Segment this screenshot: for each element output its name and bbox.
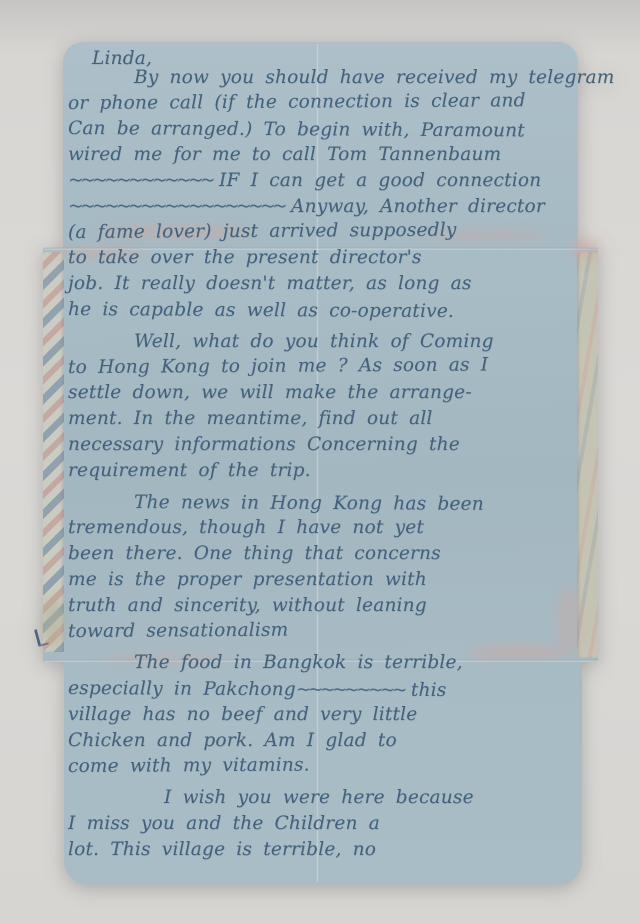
letter-line: or phone call (if the connection is clea… — [68, 87, 582, 116]
letter-line: The news in Hong Kong has been — [134, 490, 582, 518]
letter-line: ment. In the meantime, find out all — [68, 406, 582, 432]
handwritten-text: village has no beef and very little — [68, 704, 417, 725]
handwritten-text: he is capable as well as co-operative. — [68, 299, 454, 322]
handwritten-text: job. It really doesn't matter, as long a… — [68, 273, 472, 294]
handwritten-text: toward sensationalism — [68, 619, 289, 641]
letter-line: (a fame lover) just arrived supposedly — [68, 216, 582, 245]
handwritten-text: wired me for me to call Tom Tannenbaum — [68, 144, 501, 165]
letter-line: requirement of the trip. — [68, 458, 582, 484]
handwritten-text: Can be arranged.) To begin with, Paramou… — [68, 118, 525, 141]
handwritten-text: The food in Bangkok is terrible, — [134, 652, 463, 673]
letter-line: tremendous, though I have not yet — [68, 515, 582, 541]
handwritten-text: to Hong Kong to join me ? As soon as I — [68, 354, 488, 378]
handwritten-text: (a fame lover) just arrived supposedly — [68, 219, 457, 242]
scratched-out-scribble: ~~~~~~~~~~~~ — [68, 170, 212, 191]
letter-line: toward sensationalism — [68, 615, 582, 644]
handwritten-text: Chicken and pork. Am I glad to — [68, 730, 397, 751]
handwritten-text: been there. One thing that concerns — [68, 543, 441, 564]
letter-line: By now you should have received my teleg… — [134, 65, 582, 91]
handwritten-text: come with my vitamins. — [68, 754, 310, 776]
letter-line: I wish you were here because — [164, 785, 582, 811]
letter-line: been there. One thing that concerns — [68, 541, 582, 567]
handwritten-text: I wish you were here because — [164, 787, 474, 808]
handwritten-text: Anyway, Another director — [291, 196, 545, 217]
letter-line: job. It really doesn't matter, as long a… — [68, 271, 582, 297]
letter-line: Well, what do you think of Coming — [134, 329, 582, 355]
handwritten-text: IF I can get a good connection — [219, 170, 541, 191]
photo-background: Linda,By now you should have received my… — [0, 0, 640, 923]
handwritten-text: truth and sincerity, without leaning — [68, 595, 427, 616]
handwritten-text: necessary informations Concerning the — [68, 434, 460, 455]
handwritten-text: settle down, we will make the arrange- — [68, 382, 472, 403]
letter-line: me is the proper presentation with — [68, 567, 582, 593]
letter-line: lot. This village is terrible, no — [68, 837, 582, 863]
scratched-out-scribble: ~~~~~~~~~ — [296, 679, 404, 701]
letter-line: The food in Bangkok is terrible, — [134, 650, 582, 676]
handwritten-text: especially in Pakchong — [68, 678, 296, 700]
handwritten-text: I miss you and the Children a — [68, 813, 380, 834]
handwritten-text: lot. This village is terrible, no — [68, 839, 376, 860]
letter-line: wired me for me to call Tom Tannenbaum — [68, 142, 582, 168]
handwritten-text: or phone call (if the connection is clea… — [68, 90, 526, 114]
letter-line: I miss you and the Children a — [68, 811, 582, 837]
letter-line: settle down, we will make the arrange- — [68, 380, 582, 406]
letter-line: to Hong Kong to join me ? As soon as I — [68, 351, 582, 380]
scratched-out-scribble: ~~~~~~~~~~~~~~~~~~ — [68, 196, 284, 217]
letter-line: to take over the present director's — [68, 245, 582, 271]
letter-line: village has no beef and very little — [68, 702, 582, 728]
handwritten-text: me is the proper presentation with — [68, 569, 427, 590]
letter-line: ~~~~~~~~~~~~IF I can get a good connecti… — [68, 168, 582, 194]
letter-line: Chicken and pork. Am I glad to — [68, 728, 582, 754]
handwritten-text: to take over the present director's — [68, 247, 422, 268]
handwritten-text: The news in Hong Kong has been — [134, 492, 484, 515]
letter-line: especially in Pakchong~~~~~~~~~this — [68, 676, 582, 704]
handwritten-text: requirement of the trip. — [68, 460, 311, 481]
letter-line: he is capable as well as co-operative. — [68, 297, 582, 325]
letter-line: ~~~~~~~~~~~~~~~~~~Anyway, Another direct… — [68, 194, 582, 220]
handwritten-text: Well, what do you think of Coming — [134, 331, 494, 352]
handwritten-text: By now you should have received my teleg… — [134, 67, 615, 88]
letter-line: truth and sincerity, without leaning — [68, 593, 582, 619]
handwritten-text: this — [411, 680, 447, 701]
letter-body: Linda,By now you should have received my… — [68, 46, 582, 863]
letter-line: Can be arranged.) To begin with, Paramou… — [68, 116, 582, 144]
aerogramme-letter: Linda,By now you should have received my… — [0, 0, 640, 923]
handwritten-text: ment. In the meantime, find out all — [68, 408, 433, 429]
airmail-stripe-border-left — [43, 252, 64, 652]
handwritten-text: tremendous, though I have not yet — [68, 517, 424, 538]
letter-line: necessary informations Concerning the — [68, 432, 582, 458]
letter-line: come with my vitamins. — [68, 750, 582, 779]
